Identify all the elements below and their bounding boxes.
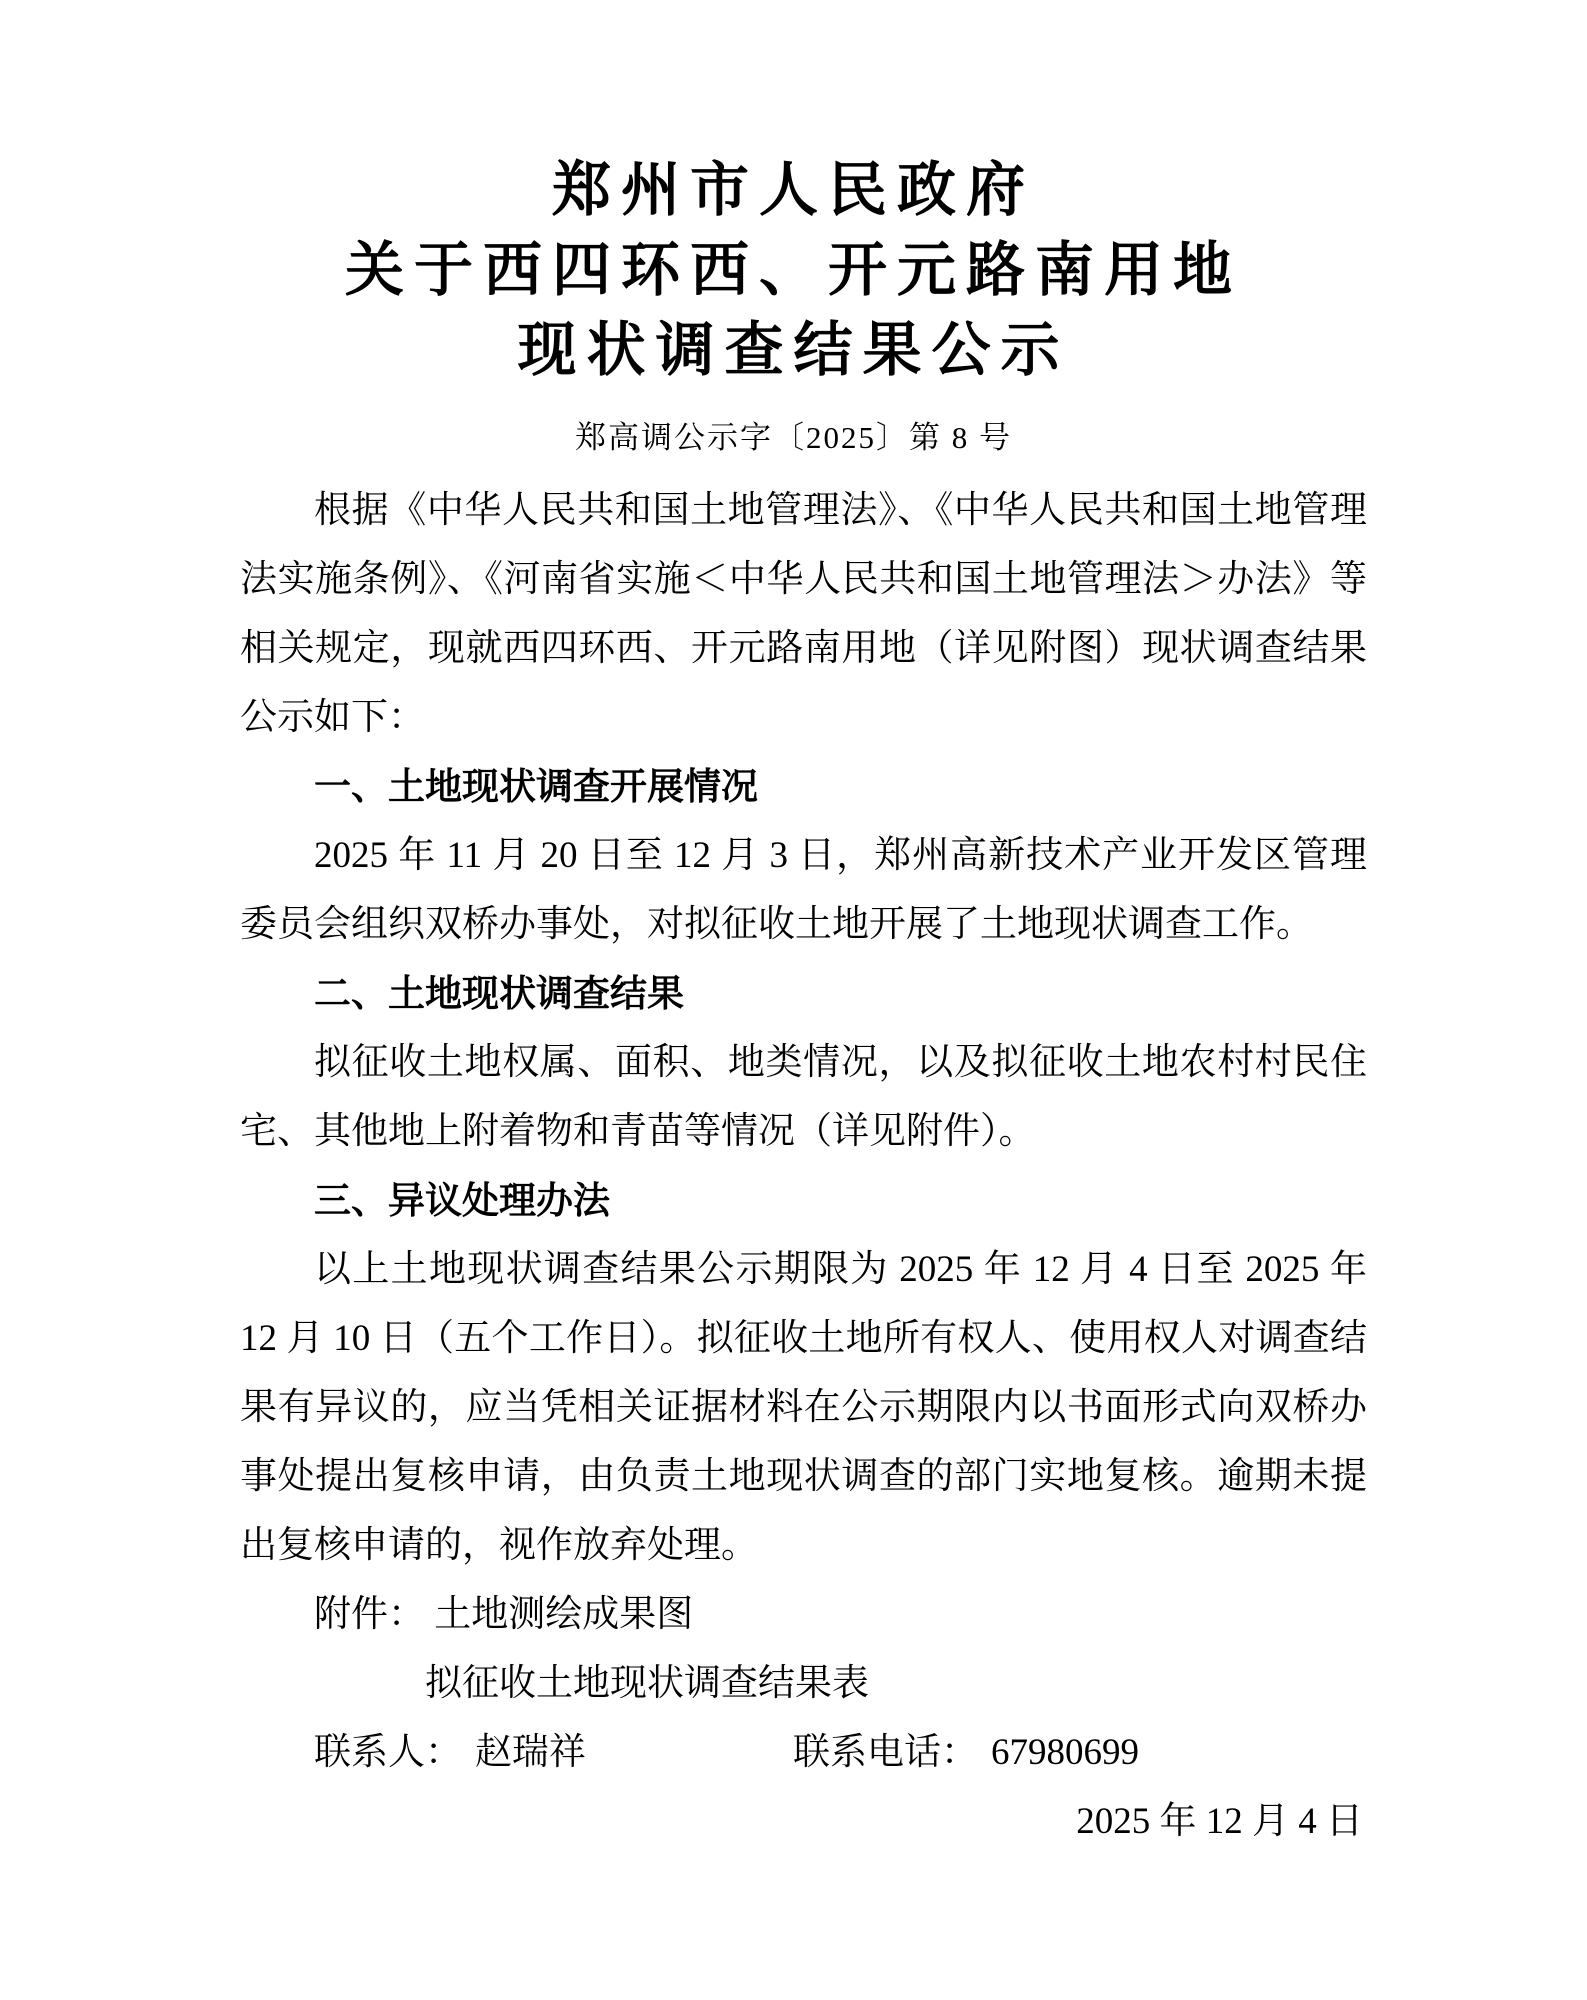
intro-paragraph: 根据《中华人民共和国土地管理法》、《中华人民共和国土地管理法实施条例》、《河南省…: [240, 476, 1367, 752]
section-3-heading: 三、异议处理办法: [240, 1166, 1367, 1235]
contact-phone-number: 67980699: [991, 1732, 1139, 1773]
title-line-3: 现状调查结果公示: [0, 310, 1587, 390]
attachment-line-2: 拟征收土地现状调查结果表: [240, 1649, 1367, 1718]
contact-line: 联系人：赵瑞祥 联系电话：67980699: [240, 1718, 1367, 1787]
section-2-body: 拟征收土地权属、面积、地类情况，以及拟征收土地农村村民住宅、其他地上附着物和青苗…: [240, 1028, 1367, 1166]
contact-person-name: 赵瑞祥: [475, 1732, 586, 1773]
document-page: 郑州市人民政府 关于西四环西、开元路南用地 现状调查结果公示 郑高调公示字〔20…: [0, 0, 1587, 2000]
section-2-heading: 二、土地现状调查结果: [240, 959, 1367, 1028]
contact-person-pair: 联系人：赵瑞祥: [314, 1732, 586, 1773]
doc-number: 郑高调公示字〔2025〕第 8 号: [0, 410, 1587, 466]
title-line-1: 郑州市人民政府: [0, 150, 1587, 230]
document-body: 根据《中华人民共和国土地管理法》、《中华人民共和国土地管理法实施条例》、《河南省…: [240, 476, 1367, 1856]
title-line-2: 关于西四环西、开元路南用地: [0, 230, 1587, 310]
attachment-line-1: 附件：土地测绘成果图: [240, 1580, 1367, 1649]
document-title: 郑州市人民政府 关于西四环西、开元路南用地 现状调查结果公示: [0, 150, 1587, 390]
contact-phone-label: 联系电话：: [793, 1732, 978, 1773]
attachment-label: 附件：: [314, 1594, 425, 1635]
section-1-body: 2025 年 11 月 20 日至 12 月 3 日，郑州高新技术产业开发区管理…: [240, 821, 1367, 959]
attachment-item-1: 土地测绘成果图: [434, 1594, 693, 1635]
section-1-heading: 一、土地现状调查开展情况: [240, 752, 1367, 821]
attachment-item-2: 拟征收土地现状调查结果表: [425, 1663, 869, 1704]
contact-phone-pair: 联系电话：67980699: [793, 1718, 1139, 1787]
issue-date: 2025 年 12 月 4 日: [240, 1787, 1367, 1856]
contact-person-label: 联系人：: [314, 1732, 462, 1773]
section-3-body: 以上土地现状调查结果公示期限为 2025 年 12 月 4 日至 2025 年 …: [240, 1235, 1367, 1580]
